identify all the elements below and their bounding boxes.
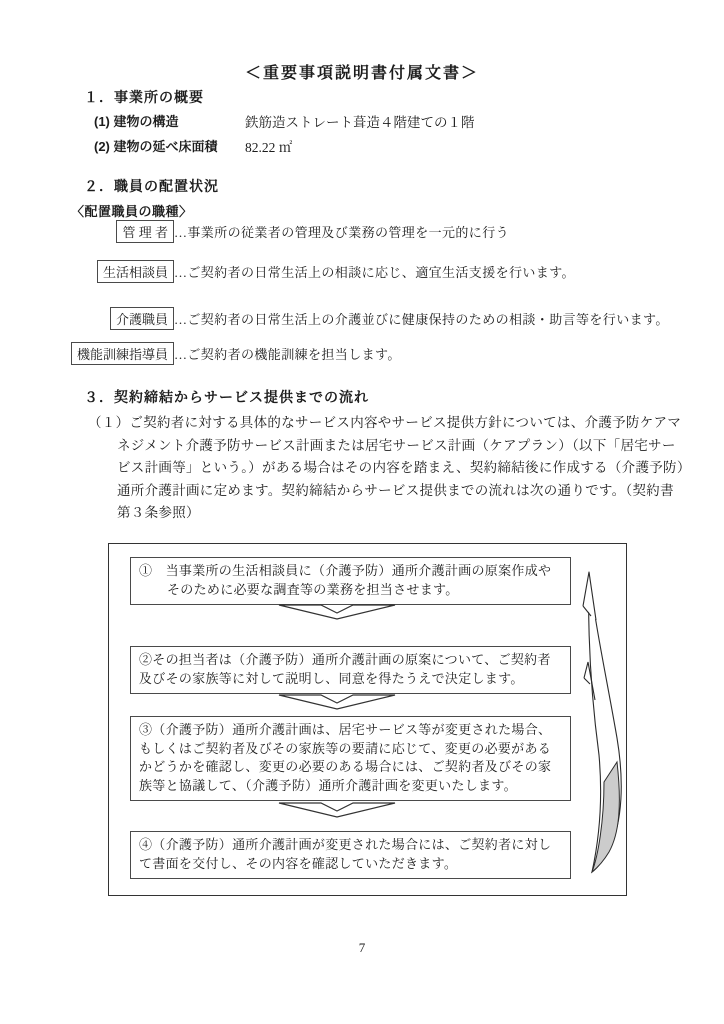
staff-row-training-instructor: 機能訓練指導員 …ご契約者の機能訓練を担当します。 — [0, 342, 724, 364]
paragraph-line: 第３条参照） — [88, 502, 648, 525]
curved-up-arrow-icon — [579, 570, 627, 878]
staff-row-manager: 管 理 者 …事業所の従業者の管理及び業務の管理を一元的に行う — [0, 220, 724, 242]
paragraph-line: ビス計画等」という。）がある場合はその内容を踏まえ、契約締結後に作成する（介護予… — [88, 457, 648, 480]
flow-step-text: ②その担当者は（介護予防）通所介護計画の原案について、ご契約者及びその家族等に対… — [139, 651, 562, 688]
staff-role-box: 介護職員 — [110, 307, 174, 330]
flow-step-text: ④（介護予防）通所介護計画が変更された場合には、ご契約者に対して書面を交付し、そ… — [139, 836, 562, 873]
paragraph-line: 通所介護計画に定めます。契約締結からサービス提供までの流れは次の通りです。（契約… — [88, 480, 648, 503]
paragraph-line: （１）ご契約者に対する具体的なサービス内容やサービス提供方針については、介護予防… — [88, 412, 648, 435]
section-2-heading: ２．職員の配置状況 — [84, 176, 219, 196]
info-value-floor-area: 82.22 ㎡ — [245, 136, 292, 156]
section-3-heading: ３．契約締結からサービス提供までの流れ — [84, 387, 369, 407]
down-arrow-icon — [277, 802, 397, 818]
down-arrow-icon — [277, 694, 397, 710]
staff-role-box: 生活相談員 — [97, 260, 174, 283]
section-3-paragraph: （１）ご契約者に対する具体的なサービス内容やサービス提供方針については、介護予防… — [88, 412, 648, 525]
flow-step-box-2: ②その担当者は（介護予防）通所介護計画の原案について、ご契約者及びその家族等に対… — [130, 646, 571, 694]
page-number: 7 — [0, 940, 724, 956]
section-1-heading: １．事業所の概要 — [84, 87, 204, 107]
down-arrow-icon — [277, 604, 397, 620]
flow-step-text: ① 当事業所の生活相談員に（介護予防）通所介護計画の原案作成やそのために必要な調… — [139, 562, 562, 599]
info-label-floor-area: (2) 建物の延べ床面積 — [94, 136, 218, 155]
staff-description: …ご契約者の日常生活上の介護並びに健康保持のための相談・助言等を行います。 — [174, 309, 669, 328]
paragraph-line: ネジメント介護予防サービス計画または居宅サービス計画（ケアプラン）（以下「居宅サ… — [88, 435, 648, 458]
service-flow-chart: ① 当事業所の生活相談員に（介護予防）通所介護計画の原案作成やそのために必要な調… — [108, 543, 627, 896]
staff-role-box: 機能訓練指導員 — [71, 342, 174, 365]
info-label-building-structure: (1) 建物の構造 — [94, 111, 179, 130]
section-2-subheading: 〈配置職員の職種〉 — [71, 201, 193, 220]
flow-step-box-3: ③（介護予防）通所介護計画は、居宅サービス等が変更された場合、もしくはご契約者及… — [130, 716, 571, 801]
staff-row-life-counselor: 生活相談員 …ご契約者の日常生活上の相談に応じ、適宜生活支援を行います。 — [0, 260, 724, 282]
document-page: ＜重要事項説明書付属文書＞ １．事業所の概要 (1) 建物の構造 鉄筋造ストレー… — [0, 0, 724, 1024]
staff-description: …ご契約者の機能訓練を担当します。 — [174, 344, 401, 363]
staff-description: …ご契約者の日常生活上の相談に応じ、適宜生活支援を行います。 — [174, 262, 575, 281]
flow-step-box-1: ① 当事業所の生活相談員に（介護予防）通所介護計画の原案作成やそのために必要な調… — [130, 557, 571, 605]
staff-description: …事業所の従業者の管理及び業務の管理を一元的に行う — [174, 222, 509, 241]
flow-step-text: ③（介護予防）通所介護計画は、居宅サービス等が変更された場合、もしくはご契約者及… — [139, 721, 562, 795]
flow-step-box-4: ④（介護予防）通所介護計画が変更された場合には、ご契約者に対して書面を交付し、そ… — [130, 831, 571, 879]
staff-role-box: 管 理 者 — [116, 220, 174, 243]
page-title: ＜重要事項説明書付属文書＞ — [0, 60, 724, 83]
staff-row-care-worker: 介護職員 …ご契約者の日常生活上の介護並びに健康保持のための相談・助言等を行いま… — [0, 307, 724, 329]
info-value-building-structure: 鉄筋造ストレート葺造４階建ての１階 — [245, 111, 475, 131]
